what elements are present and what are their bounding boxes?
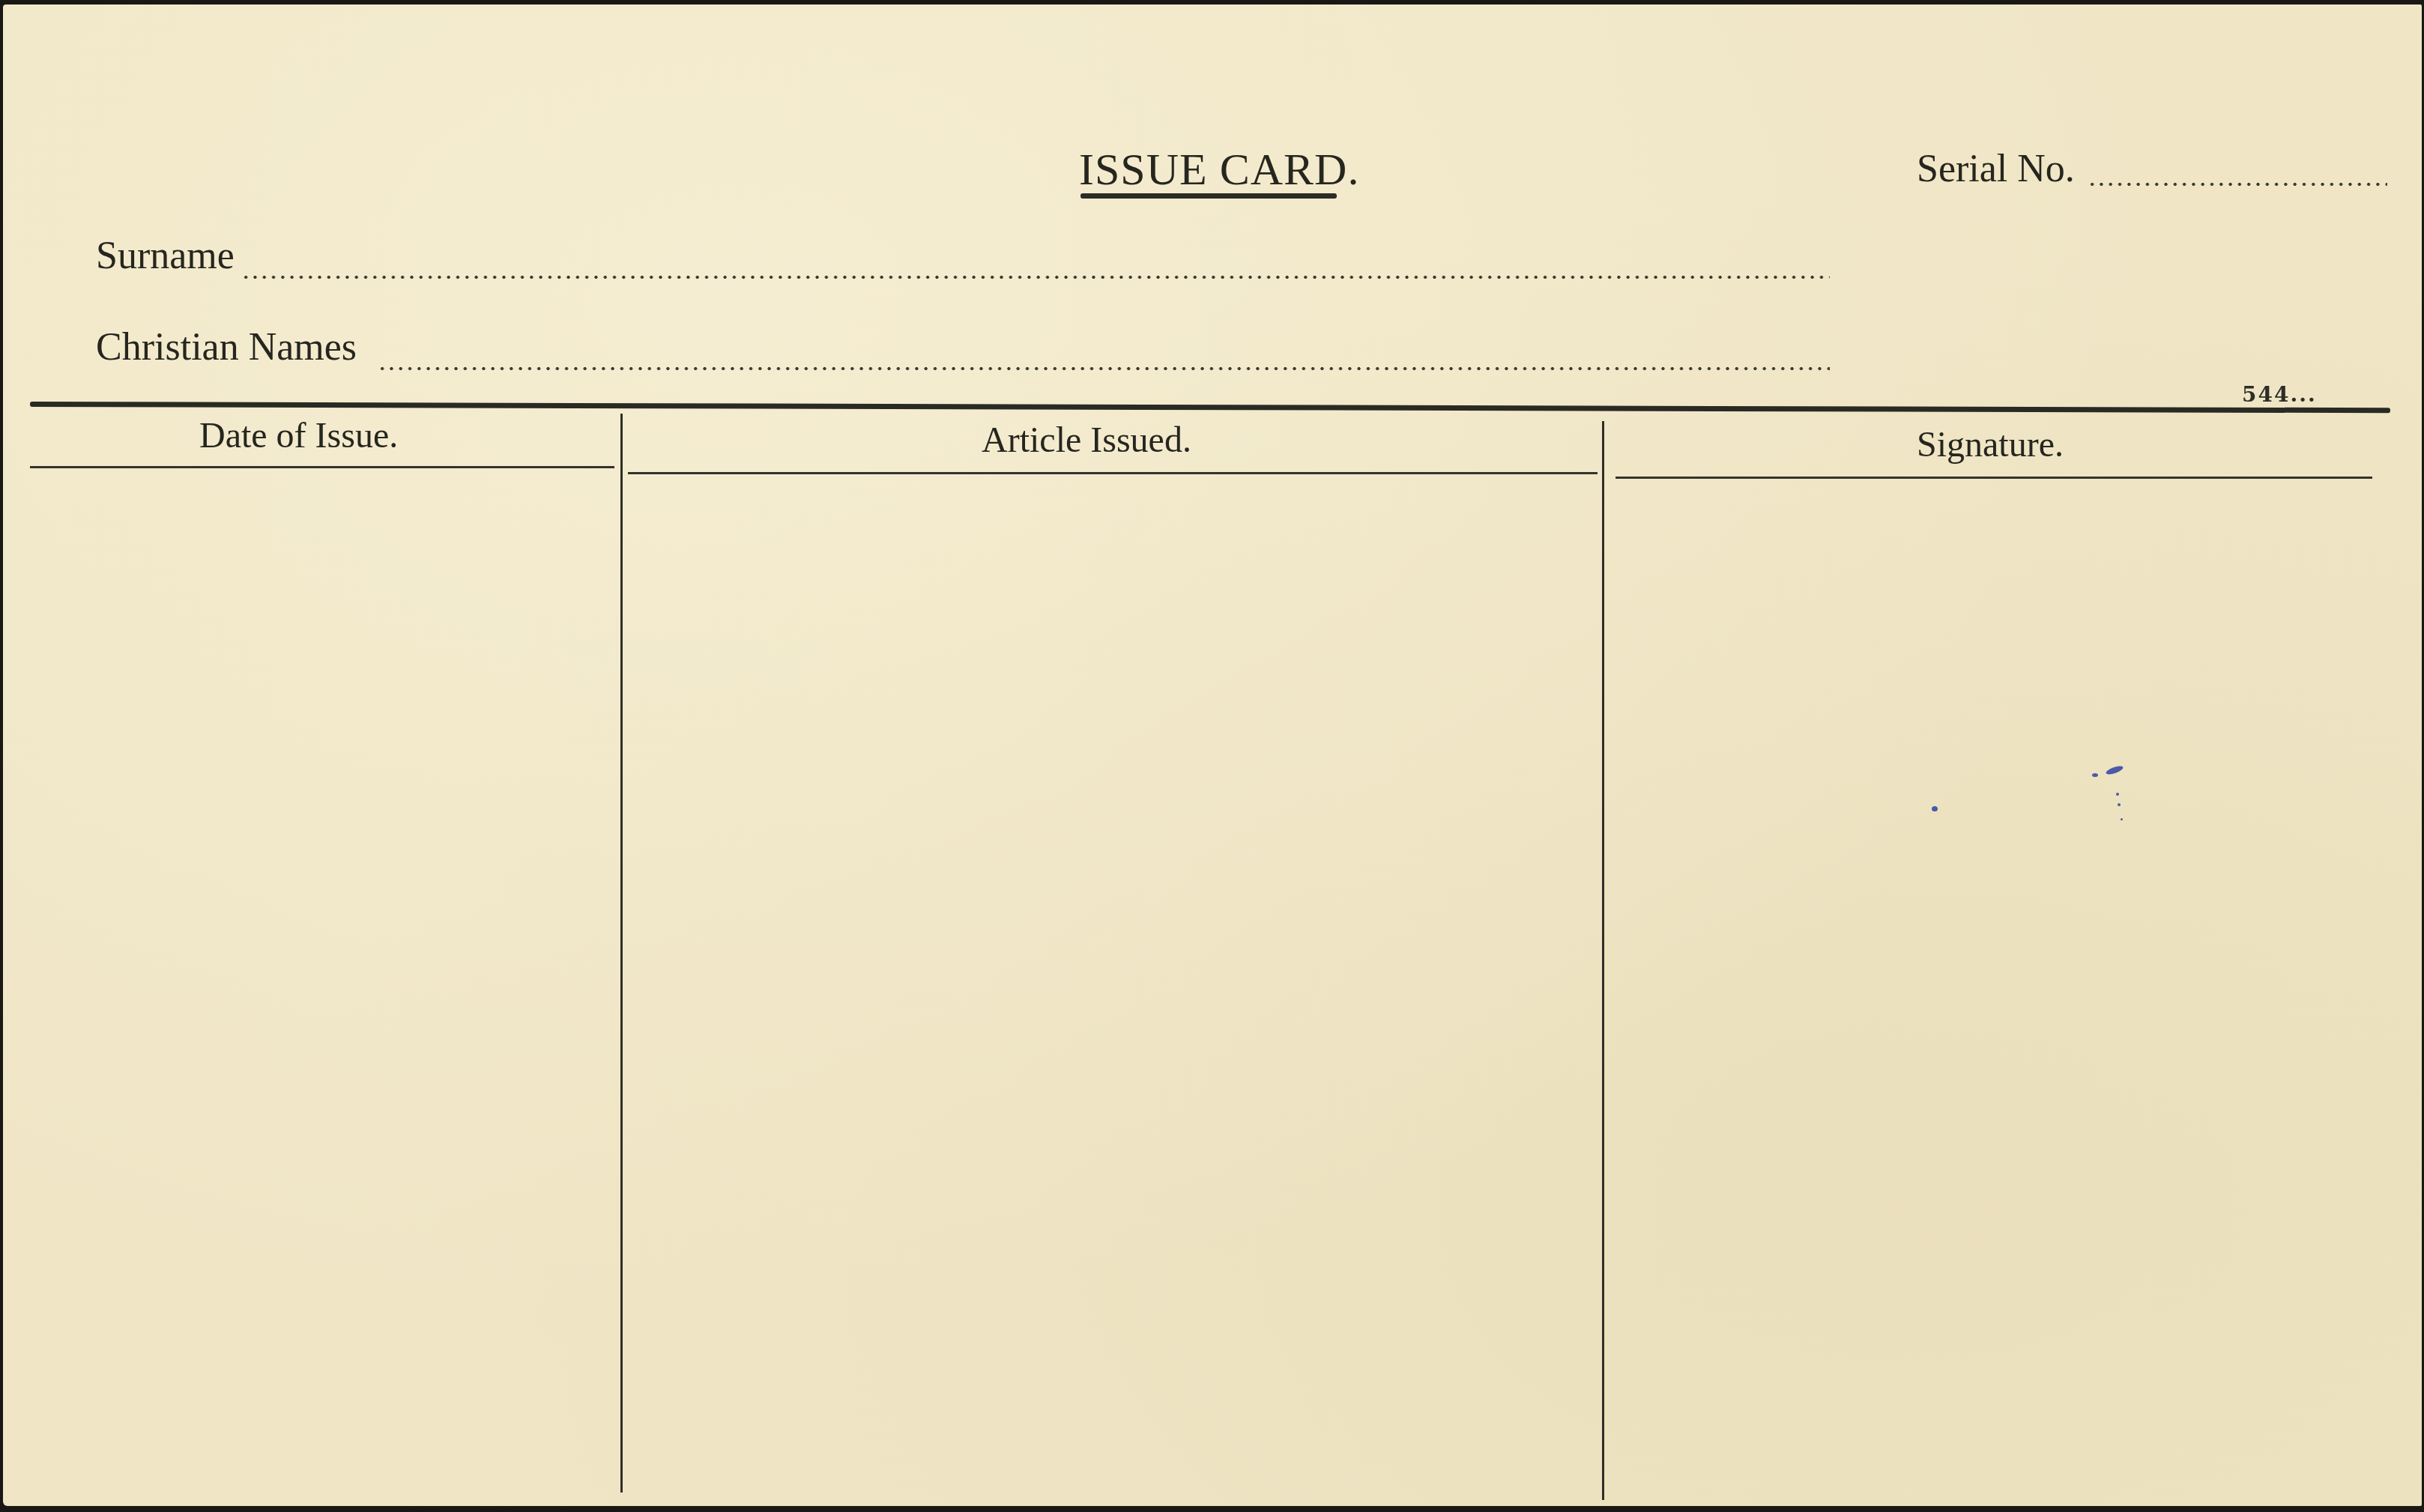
signature-column-cells[interactable] [1607,484,2393,1496]
ink-mark [2116,793,2119,796]
surname-field[interactable] [241,276,1830,279]
title-underline [1080,193,1337,199]
ink-mark [1932,806,1938,811]
article-issued-column-cells[interactable] [625,484,1599,1496]
ink-mark [2118,803,2121,806]
article-column-header-rule [628,472,1598,474]
header-divider [30,402,2390,413]
card-title: ISSUE CARD. [1079,144,1359,196]
christian-names-label: Christian Names [96,325,357,369]
column-divider-1 [620,414,623,1493]
ink-mark [2121,818,2123,820]
issue-card: ISSUE CARD. Serial No. Surname Christian… [3,4,2422,1506]
column-header-article-issued: Article Issued. [982,420,1191,461]
date-of-issue-column-cells[interactable] [30,484,619,1496]
serial-no-label: Serial No. [1917,147,2075,191]
christian-names-field[interactable] [378,367,1830,370]
serial-no-field[interactable] [2088,183,2387,186]
ink-mark [2092,773,2098,777]
date-column-header-rule [30,466,614,468]
column-header-signature: Signature. [1917,424,2064,465]
column-header-date-of-issue: Date of Issue. [199,415,398,456]
surname-label: Surname [96,234,235,278]
signature-column-header-rule [1616,477,2372,479]
column-divider-2 [1602,421,1604,1500]
form-number: 544... [2242,382,2317,407]
